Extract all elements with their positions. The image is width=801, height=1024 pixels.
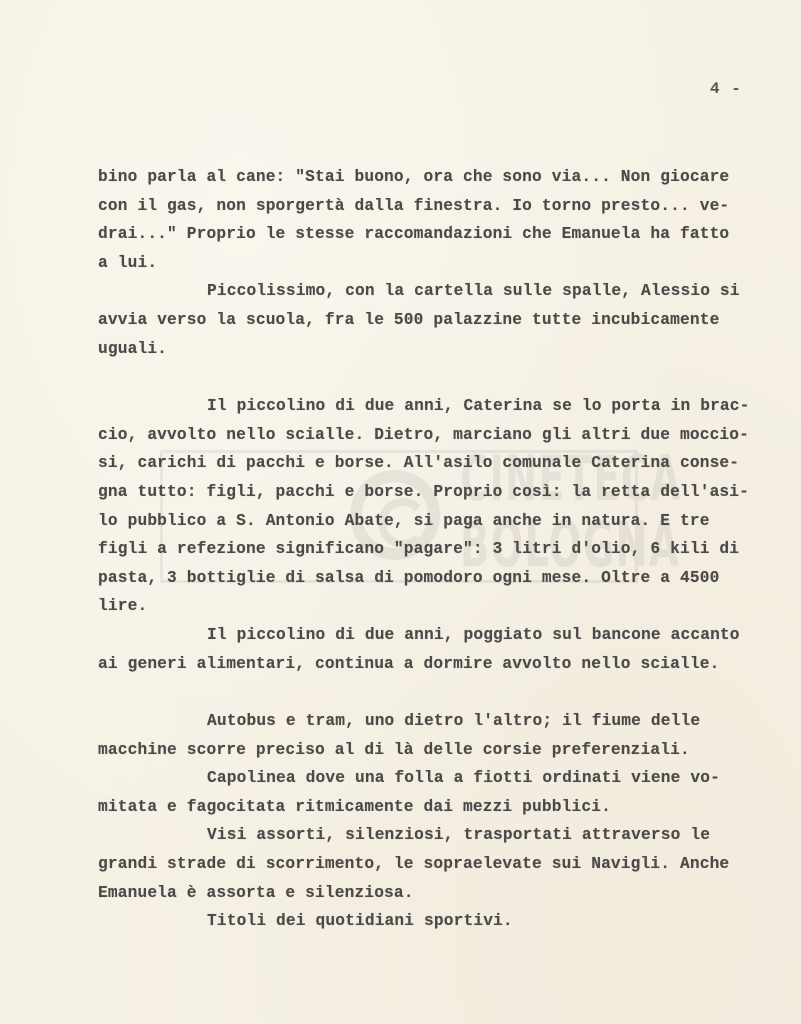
text-line: Visi assorti, silenziosi, trasportati at… [98, 821, 758, 850]
text-line: uguali. [98, 335, 758, 364]
text-line: macchine scorre preciso al di là delle c… [98, 736, 758, 765]
paragraph: bino parla al cane: "Stai buono, ora che… [98, 163, 758, 277]
text-line: drai..." Proprio le stesse raccomandazio… [98, 220, 758, 249]
text-line: si, carichi di pacchi e borse. All'asilo… [98, 449, 758, 478]
text-line: grandi strade di scorrimento, le soprael… [98, 850, 758, 879]
body-text: bino parla al cane: "Stai buono, ora che… [98, 163, 758, 936]
text-line: Titoli dei quotidiani sportivi. [98, 907, 758, 936]
text-line: Piccolissimo, con la cartella sulle spal… [98, 277, 758, 306]
text-line: Capolinea dove una folla a fiotti ordina… [98, 764, 758, 793]
text-line: Emanuela è assorta e silenziosa. [98, 879, 758, 908]
paragraph: Il piccolino di due anni, Caterina se lo… [98, 392, 758, 621]
paragraph: Piccolissimo, con la cartella sulle spal… [98, 277, 758, 363]
text-line: mitata e fagocitata ritmicamente dai mez… [98, 793, 758, 822]
paragraph-gap [98, 678, 758, 707]
text-line: lire. [98, 592, 758, 621]
text-line: Il piccolino di due anni, Caterina se lo… [98, 392, 758, 421]
paragraph: Autobus e tram, uno dietro l'altro; il f… [98, 707, 758, 764]
text-line: lo pubblico a S. Antonio Abate, si paga … [98, 507, 758, 536]
text-line: Il piccolino di due anni, poggiato sul b… [98, 621, 758, 650]
text-line: gna tutto: figli, pacchi e borse. Propri… [98, 478, 758, 507]
text-line: con il gas, non sporgertà dalla finestra… [98, 192, 758, 221]
paragraph-gap [98, 363, 758, 392]
text-line: bino parla al cane: "Stai buono, ora che… [98, 163, 758, 192]
paragraph: Visi assorti, silenziosi, trasportati at… [98, 821, 758, 907]
paragraph: Titoli dei quotidiani sportivi. [98, 907, 758, 936]
text-line: cio, avvolto nello scialle. Dietro, marc… [98, 421, 758, 450]
text-line: Autobus e tram, uno dietro l'altro; il f… [98, 707, 758, 736]
page-number: 4 - [710, 80, 742, 98]
text-line: ai generi alimentari, continua a dormire… [98, 650, 758, 679]
paragraph: Capolinea dove una folla a fiotti ordina… [98, 764, 758, 821]
text-line: avvia verso la scuola, fra le 500 palazz… [98, 306, 758, 335]
text-line: pasta, 3 bottiglie di salsa di pomodoro … [98, 564, 758, 593]
text-line: figli a refezione significano "pagare": … [98, 535, 758, 564]
paragraph: Il piccolino di due anni, poggiato sul b… [98, 621, 758, 678]
text-line: a lui. [98, 249, 758, 278]
